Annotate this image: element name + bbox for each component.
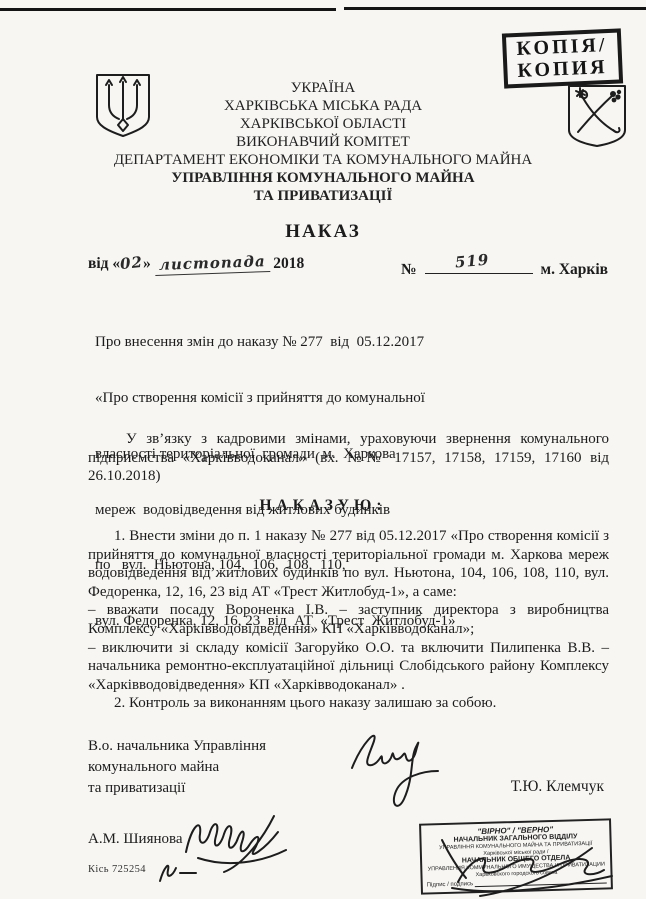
signature-over-stamp: [436, 838, 626, 899]
signatory-name: Т.Ю. Клемчук: [511, 778, 604, 796]
signatory-position-line: В.о. начальника Управління: [88, 736, 328, 757]
order-paragraph-3: – виключити зі складу комісії Загоруйко …: [88, 639, 609, 695]
letterhead-office2: ТА ПРИВАТИЗАЦІЇ: [0, 187, 646, 205]
letterhead-committee: ВИКОНАВЧИЙ КОМІТЕТ: [0, 133, 646, 151]
signatory-position-line: комунального майна: [88, 757, 328, 778]
letterhead-office: УПРАВЛІННЯ КОМУНАЛЬНОГО МАЙНА: [0, 169, 646, 187]
number-blank-line: 519: [425, 254, 533, 274]
letterhead-department: ДЕПАРТАМЕНТ ЕКОНОМІКИ ТА КОМУНАЛЬНОГО МА…: [0, 151, 646, 169]
clerk-note: Кісь 725254: [88, 864, 146, 875]
preamble-paragraph: У зв’язку з кадровими змінами, ураховуюч…: [88, 430, 609, 486]
signature-klemchuk: [332, 713, 462, 813]
date-year: 2018: [273, 255, 304, 272]
scan-artifact-line: [344, 7, 646, 10]
date-group: від «02» листопада 2018: [88, 254, 304, 279]
city-label: м. Харків: [541, 261, 608, 278]
scanned-order-document: КОПІЯ/ КОПИЯ УКРАЇНА ХАРКІВСЬКА МІСЬКА Р…: [0, 0, 646, 899]
letterhead-region: ХАРКІВСЬКОЇ ОБЛАСТІ: [0, 115, 646, 133]
order-paragraph-1: 1. Внести зміни до п. 1 наказу № 277 від…: [88, 527, 609, 601]
order-paragraph-2: – вважати посаду Вороненка І.В. – заступ…: [88, 601, 609, 638]
date-from-label: від: [88, 255, 109, 272]
handwritten-order-number: 519: [454, 251, 490, 272]
subject-line: «Про створення комісії з прийняття до ко…: [95, 389, 565, 408]
handwritten-month: листопада: [154, 252, 269, 276]
scan-artifact-line: [0, 8, 336, 11]
subject-line: Про внесення змін до наказу № 277 від 05…: [95, 333, 565, 352]
handwritten-check-mark: [150, 855, 210, 889]
date-close-quote: »: [143, 255, 151, 272]
handwritten-day: 02: [119, 253, 144, 273]
order-paragraph-4: 2. Контроль за виконанням цього наказу з…: [88, 694, 609, 713]
signatory-position-line: та приватизації: [88, 778, 328, 799]
order-heading: НАКАЗУЮ:: [0, 497, 646, 515]
number-label: №: [401, 261, 417, 278]
letterhead-country: УКРАЇНА: [0, 79, 646, 97]
signatory-position: В.о. начальника Управління комунального …: [88, 736, 328, 799]
letterhead: УКРАЇНА ХАРКІВСЬКА МІСЬКА РАДА ХАРКІВСЬК…: [0, 79, 646, 205]
letterhead-council: ХАРКІВСЬКА МІСЬКА РАДА: [0, 97, 646, 115]
executor-name: А.М. Шиянова: [88, 831, 183, 848]
date-number-row: від «02» листопада 2018 №519м. Харків: [88, 254, 608, 279]
number-group: №519м. Харків: [401, 254, 608, 279]
document-title: НАКАЗ: [0, 221, 646, 243]
order-body: 1. Внести зміни до п. 1 наказу № 277 від…: [88, 527, 609, 713]
